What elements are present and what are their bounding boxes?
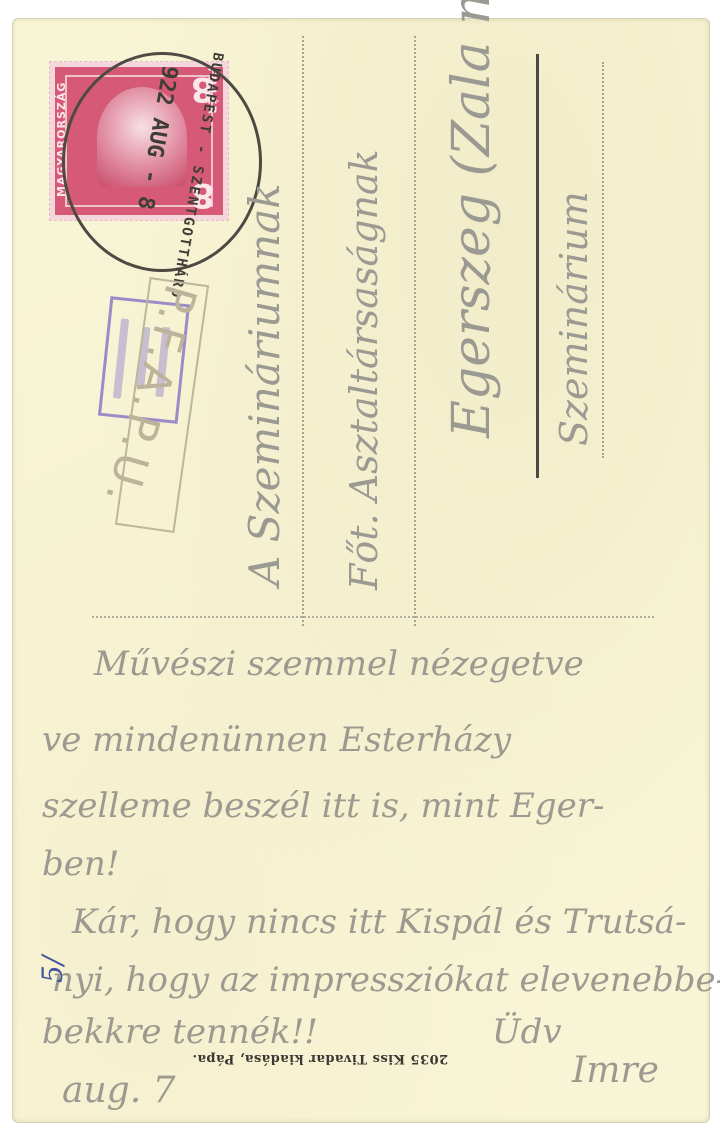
message-line-5: Kár, hogy nincs itt Kispál és Trutsá- [72, 902, 686, 942]
address-line-1: A Szemináriumnak [240, 183, 289, 586]
postcard-back: MAGYARORSZÁG 8 8 FILLÉR BUDAPEST - SZENT… [12, 18, 710, 1123]
marginal-note: 5/ [36, 956, 69, 983]
message-line-1: Művészi szemmel nézegetve [94, 644, 584, 684]
address-underline [536, 54, 539, 478]
address-divider-1 [302, 36, 304, 626]
address-divider-3 [602, 62, 604, 458]
message-line-7: bekkre tennék!! [42, 1012, 318, 1052]
address-line-4: Szeminárium [552, 191, 596, 446]
message-divider [92, 616, 654, 618]
message-line-4: ben! [42, 844, 119, 884]
message-date: aug. 7 [62, 1070, 175, 1111]
message-line-6: nyi, hogy az impressziókat elevenebbe- [52, 960, 720, 1000]
address-line-3: Egerszeg (Zala m.) [442, 0, 502, 438]
address-divider-2 [414, 36, 416, 626]
message-closing: Üdv [492, 1012, 562, 1052]
publisher-imprint: 2035 Kiss Tivadar kiadása, Pápa. [192, 1051, 448, 1066]
message-line-3: szelleme beszél itt is, mint Eger- [42, 786, 604, 826]
message-line-2: ve mindenünnen Esterházy [42, 720, 511, 760]
address-line-2: Főt. Asztaltársaságnak [342, 149, 386, 590]
signature: Imre [572, 1050, 659, 1091]
